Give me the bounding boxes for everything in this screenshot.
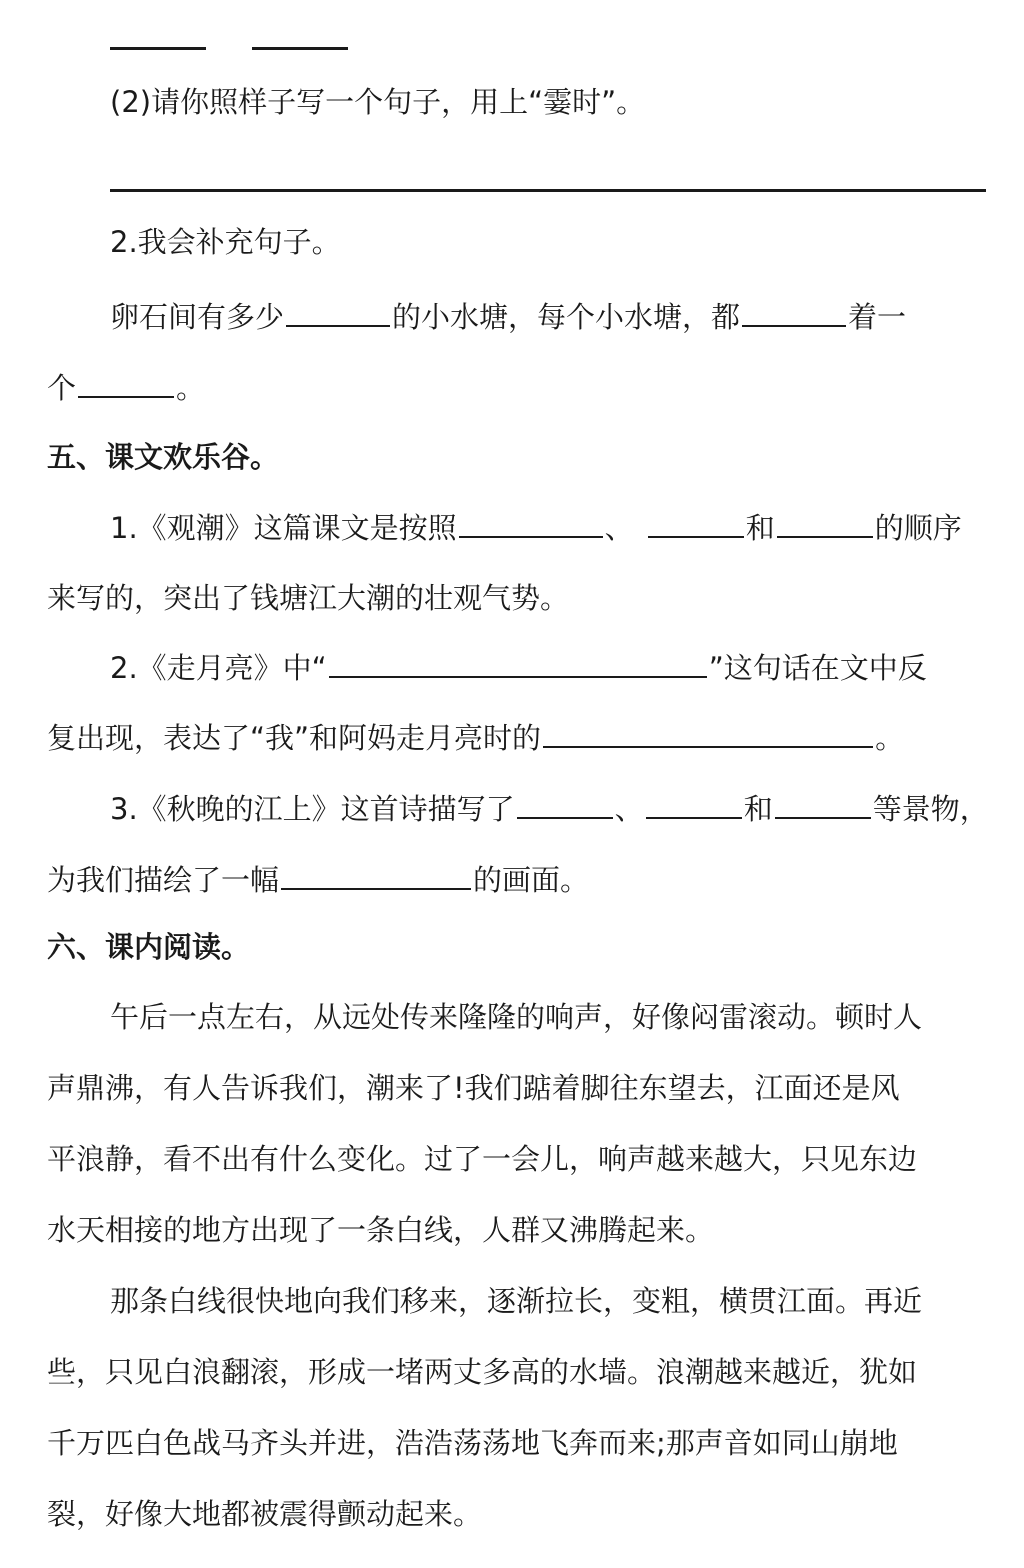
fill-sentence: 卵石间有多少的小水塘，每个小水塘，都着一 xyxy=(110,295,906,337)
text-segment: 和 xyxy=(746,511,775,545)
passage-line: 那条白线很快地向我们移来，逐渐拉长，变粗，横贯江面。再近 xyxy=(110,1281,922,1321)
answer-blank[interactable] xyxy=(543,716,873,748)
fill-sentence-cont: 个。 xyxy=(47,366,205,408)
text-segment: 个 xyxy=(47,371,76,405)
passage-line: 水天相接的地方出现了一条白线，人群又沸腾起来。 xyxy=(47,1210,714,1250)
question-item: 2.《走月亮》中“”这句话在文中反 xyxy=(110,646,927,688)
text-segment: 为我们描绘了一幅 xyxy=(47,863,279,897)
passage-line: 千万匹白色战马齐头并进，浩浩荡荡地飞奔而来;那声音如同山崩地 xyxy=(47,1423,898,1463)
text-segment: 着一 xyxy=(848,300,906,334)
text-segment: 。 xyxy=(875,721,904,755)
question-item: 1.《观潮》这篇课文是按照、和的顺序 xyxy=(110,506,962,548)
answer-blank[interactable] xyxy=(78,366,174,398)
answer-blank[interactable] xyxy=(517,787,613,819)
text-segment: 、 xyxy=(605,511,634,545)
text-segment: 的画面。 xyxy=(473,863,589,897)
section-title: 六、课内阅读。 xyxy=(47,927,250,967)
passage-line: 午后一点左右，从远处传来隆隆的响声，好像闷雷滚动。顿时人 xyxy=(110,997,922,1037)
passage-line: 裂，好像大地都被震得颤动起来。 xyxy=(47,1494,482,1534)
text-segment: 的顺序 xyxy=(875,511,962,545)
text-segment: 2.《走月亮》中“ xyxy=(110,651,327,685)
answer-blank[interactable] xyxy=(459,506,603,538)
text-segment: 。 xyxy=(176,371,205,405)
answer-blank[interactable] xyxy=(281,858,471,890)
question-prompt: (2)请你照样子写一个句子，用上“霎时”。 xyxy=(110,82,645,122)
text-segment: ”这句话在文中反 xyxy=(709,651,927,685)
text-segment: 1.《观潮》这篇课文是按照 xyxy=(110,511,457,545)
answer-blank[interactable] xyxy=(110,47,206,50)
answer-blank[interactable] xyxy=(329,646,707,678)
answer-blank[interactable] xyxy=(286,295,390,327)
question-item-cont: 为我们描绘了一幅的画面。 xyxy=(47,858,589,900)
answer-blank[interactable] xyxy=(775,787,871,819)
passage-line: 平浪静，看不出有什么变化。过了一会儿，响声越来越大，只见东边 xyxy=(47,1139,917,1179)
passage-line: 些，只见白浪翻滚，形成一堵两丈多高的水墙。浪潮越来越近，犹如 xyxy=(47,1352,917,1392)
question-item-cont: 复出现，表达了“我”和阿妈走月亮时的。 xyxy=(47,716,904,758)
text-segment: 复出现，表达了“我”和阿妈走月亮时的 xyxy=(47,721,541,755)
answer-blank[interactable] xyxy=(252,47,348,50)
text-segment: 等景物， xyxy=(873,792,989,826)
text-segment: 3.《秋晚的江上》这首诗描写了 xyxy=(110,792,515,826)
section-title: 五、课文欢乐谷。 xyxy=(47,437,279,477)
question-title: 2.我会补充句子。 xyxy=(110,222,341,262)
answer-line[interactable] xyxy=(110,189,986,192)
answer-blank[interactable] xyxy=(742,295,846,327)
question-item-cont: 来写的，突出了钱塘江大潮的壮观气势。 xyxy=(47,578,569,618)
text-segment: 、 xyxy=(615,792,644,826)
text-segment: 卵石间有多少 xyxy=(110,300,284,334)
text-segment: 和 xyxy=(744,792,773,826)
answer-blank[interactable] xyxy=(777,506,873,538)
text-segment: 的小水塘，每个小水塘，都 xyxy=(392,300,740,334)
passage-line: 声鼎沸，有人告诉我们，潮来了!我们踮着脚往东望去，江面还是风 xyxy=(47,1068,900,1108)
question-item: 3.《秋晚的江上》这首诗描写了、和等景物， xyxy=(110,787,989,829)
answer-blank[interactable] xyxy=(646,787,742,819)
answer-blank[interactable] xyxy=(648,506,744,538)
